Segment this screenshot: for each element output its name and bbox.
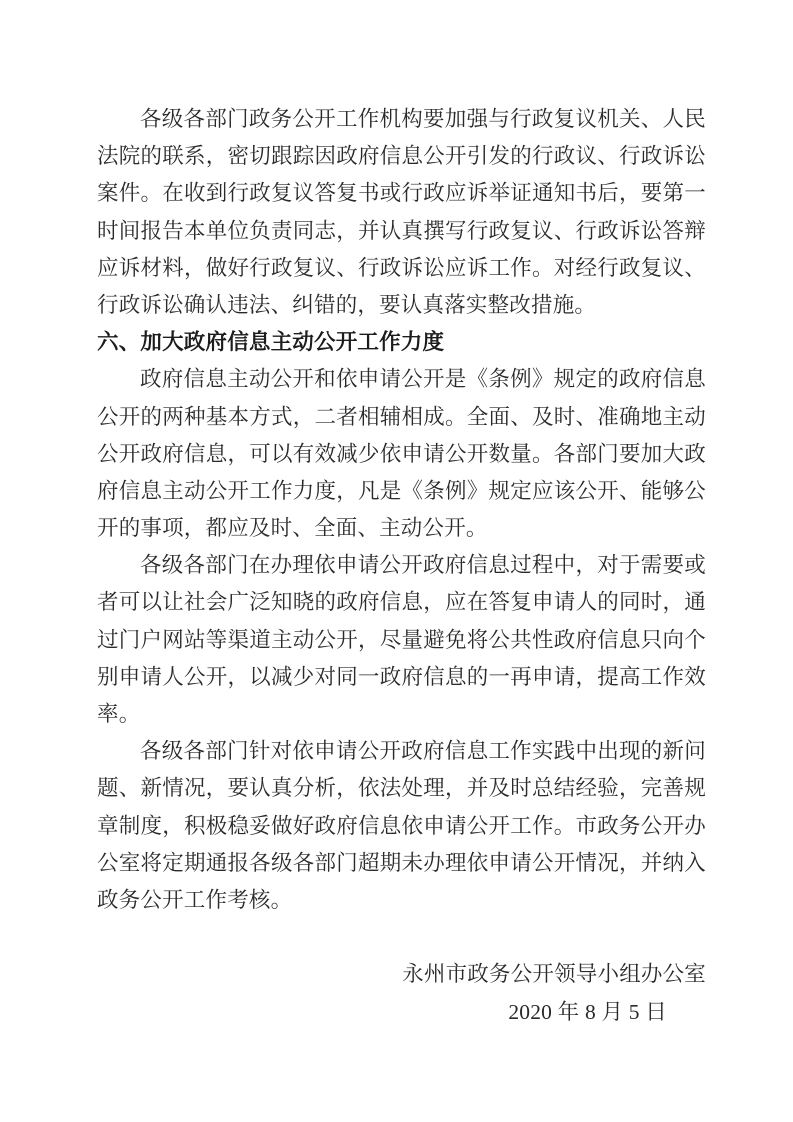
text-line: 行政诉讼确认违法、纠错的，要认真落实整改措施。	[97, 287, 706, 324]
text-line: 别申请人公开，以减少对同一政府信息的一再申请，提高工作效	[97, 659, 706, 696]
text-line: 率。	[97, 696, 706, 733]
signature-org: 永州市政务公开领导小组办公室	[97, 956, 706, 993]
text-line: 案件。在收到行政复议答复书或行政应诉举证通知书后，要第一	[97, 175, 706, 212]
document-body: 各级各部门政务公开工作机构要加强与行政复议机关、人民法院的联系，密切跟踪因政府信…	[97, 101, 706, 1031]
text-line: 各级各部门在办理依申请公开政府信息过程中，对于需要或	[97, 547, 706, 584]
text-line: 者可以让社会广泛知晓的政府信息，应在答复申请人的同时，通	[97, 584, 706, 621]
text-line: 政府信息主动公开和依申请公开是《条例》规定的政府信息	[97, 361, 706, 398]
text-line: 题、新情况，要认真分析，依法处理，并及时总结经验，完善规	[97, 770, 706, 807]
text-line: 政务公开工作考核。	[97, 882, 706, 919]
paragraphs: 各级各部门政务公开工作机构要加强与行政复议机关、人民法院的联系，密切跟踪因政府信…	[97, 101, 706, 919]
text-line: 过门户网站等渠道主动公开，尽量避免将公共性政府信息只向个	[97, 622, 706, 659]
text-line: 法院的联系，密切跟踪因政府信息公开引发的行政议、行政诉讼	[97, 138, 706, 175]
section-heading: 六、加大政府信息主动公开工作力度	[97, 324, 706, 361]
text-line: 各级各部门针对依申请公开政府信息工作实践中出现的新问	[97, 733, 706, 770]
text-line: 府信息主动公开工作力度，凡是《条例》规定应该公开、能够公	[97, 473, 706, 510]
text-line: 公开的两种基本方式，二者相辅相成。全面、及时、准确地主动	[97, 399, 706, 436]
signature-date: 2020 年 8 月 5 日	[97, 994, 706, 1031]
blank-line	[97, 919, 706, 956]
text-line: 公室将定期通报各级各部门超期未办理依申请公开情况，并纳入	[97, 845, 706, 882]
text-line: 开的事项，都应及时、全面、主动公开。	[97, 510, 706, 547]
text-line: 公开政府信息，可以有效减少依申请公开数量。各部门要加大政	[97, 436, 706, 473]
text-line: 应诉材料，做好行政复议、行政诉讼应诉工作。对经行政复议、	[97, 250, 706, 287]
text-line: 各级各部门政务公开工作机构要加强与行政复议机关、人民	[97, 101, 706, 138]
document-page: 各级各部门政务公开工作机构要加强与行政复议机关、人民法院的联系，密切跟踪因政府信…	[0, 0, 793, 1122]
text-line: 章制度，积极稳妥做好政府信息依申请公开工作。市政务公开办	[97, 808, 706, 845]
text-line: 时间报告本单位负责同志，并认真撰写行政复议、行政诉讼答辩	[97, 213, 706, 250]
